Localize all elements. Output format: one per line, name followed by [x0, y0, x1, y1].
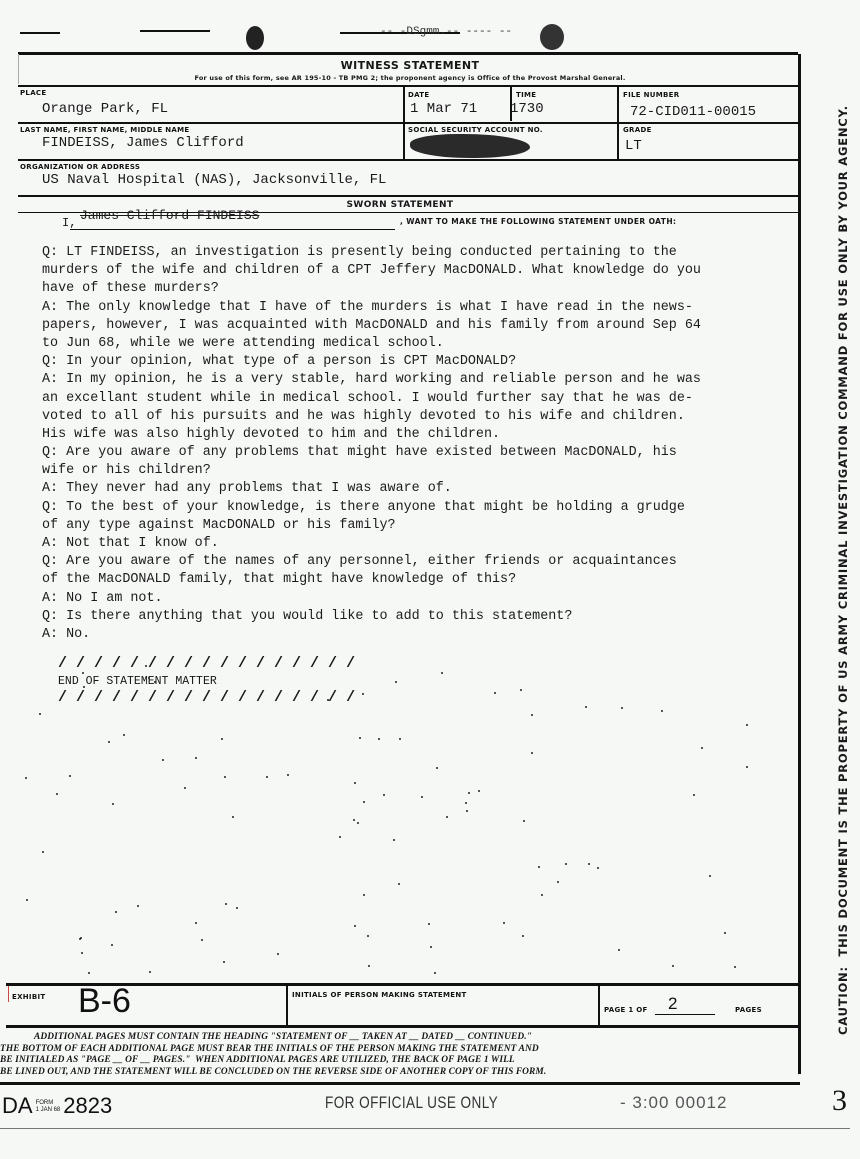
scan-speck — [368, 965, 370, 967]
ssn-redaction — [410, 134, 530, 158]
scan-speck — [565, 863, 567, 865]
statement-line: Q: To the best of your knowledge, is the… — [42, 499, 802, 517]
scan-speck — [112, 803, 114, 805]
scan-speck — [362, 693, 364, 695]
end-slashes-right: / / / / / / / / / / / / / / / / / — [58, 689, 355, 706]
scan-speck — [79, 938, 81, 940]
scan-speck — [221, 738, 223, 740]
statement-line: Q: In your opinion, what type of a perso… — [42, 353, 802, 371]
exhibit-value: B-6 — [78, 982, 131, 1021]
scan-speck — [367, 935, 369, 937]
row-rule — [18, 195, 800, 197]
bottom-box-bottom-rule — [6, 1025, 800, 1028]
scan-speck — [588, 863, 590, 865]
scan-speck — [734, 966, 736, 968]
stamp-mark-left — [246, 26, 264, 50]
page-prefix: PAGE 1 OF — [604, 1006, 648, 1014]
col-divider — [286, 985, 288, 1025]
scan-speck — [378, 738, 380, 740]
statement-line: papers, however, I was acquainted with M… — [42, 317, 802, 335]
ssn-label: SOCIAL SECURITY ACCOUNT NO. — [408, 126, 543, 134]
name-value: FINDEISS, James Clifford — [42, 135, 244, 151]
scan-speck — [162, 759, 164, 761]
statement-line: an excellant student while in medical sc… — [42, 390, 802, 408]
time-label: TIME — [516, 91, 536, 99]
scan-speck — [693, 794, 695, 796]
form-subtitle: For use of this form, see AR 195-10 - TB… — [100, 74, 720, 82]
scan-speck — [393, 839, 395, 841]
scan-speck — [82, 672, 84, 674]
scan-speck — [353, 819, 355, 821]
statement-line: voted to all of his pursuits and he was … — [42, 408, 802, 426]
scan-speck — [399, 738, 401, 740]
statement-line: Q: Is there anything that you would like… — [42, 608, 802, 626]
scan-speck — [327, 699, 329, 701]
scan-speck — [701, 747, 703, 749]
statement-line: of the MacDONALD family, that might have… — [42, 571, 802, 589]
scan-speck — [585, 706, 587, 708]
scan-speck — [538, 866, 540, 868]
scan-speck — [225, 903, 227, 905]
scan-speck — [277, 953, 279, 955]
handwritten-page-number: 3 — [832, 1084, 847, 1118]
place-label: PLACE — [20, 89, 46, 97]
scan-speck — [465, 802, 467, 804]
scan-speck — [111, 944, 113, 946]
statement-line: A: Not that I know of. — [42, 535, 802, 553]
statement-line: murders of the wife and children of a CP… — [42, 262, 802, 280]
scan-speck — [661, 710, 663, 712]
name-underline — [70, 229, 395, 230]
scan-speck — [520, 689, 522, 691]
date-label: DATE — [408, 91, 429, 99]
sworn-name-struck: James Clifford FINDEISS — [80, 208, 259, 223]
col-divider — [598, 985, 600, 1025]
scan-speck — [195, 922, 197, 924]
form-prefix: DA — [2, 1093, 33, 1118]
scan-speck — [746, 766, 748, 768]
bates-number: - 3:00 00012 — [620, 1093, 727, 1113]
scan-speck — [441, 672, 443, 674]
page-total-underline — [655, 1014, 715, 1015]
scan-speck — [383, 794, 385, 796]
header-rule — [18, 85, 800, 87]
file-number-label: FILE NUMBER — [623, 91, 679, 99]
scan-speck — [434, 972, 436, 974]
form-instructions: ADDITIONAL PAGES MUST CONTAIN THE HEADIN… — [0, 1032, 800, 1078]
scan-speck — [123, 734, 125, 736]
bottom-box-accent — [8, 986, 9, 1002]
instruction-line: ADDITIONAL PAGES MUST CONTAIN THE HEADIN… — [0, 1032, 800, 1044]
scan-speck — [25, 777, 27, 779]
scan-speck — [137, 905, 139, 907]
grade-label: GRADE — [623, 126, 652, 134]
statement-line: have of these murders? — [42, 280, 802, 298]
instruction-line: THE BOTTOM OF EACH ADDITIONAL PAGE MUST … — [0, 1044, 800, 1056]
form-id: DAFORM1 JAN 682823 — [2, 1093, 112, 1119]
scan-speck — [724, 932, 726, 934]
end-slashes-left: / / / / / / / / / / / / / / / / / — [58, 655, 355, 672]
scan-speck — [224, 776, 226, 778]
scan-speck — [466, 810, 468, 812]
form-small-text: FORM1 JAN 68 — [36, 1100, 61, 1114]
scan-speck — [354, 782, 356, 784]
side-caution-text: CAUTION: THIS DOCUMENT IS THE PROPERTY O… — [836, 105, 850, 1035]
scan-speck — [531, 714, 533, 716]
scan-speck — [621, 707, 623, 709]
scan-speck — [672, 965, 674, 967]
scan-speck — [468, 792, 470, 794]
form-small-bottom: 1 JAN 68 — [36, 1107, 61, 1113]
statement-line: to Jun 68, while we were attending medic… — [42, 335, 802, 353]
form-number: 2823 — [63, 1093, 112, 1118]
scan-speck — [746, 724, 748, 726]
scan-speck — [522, 935, 524, 937]
scan-speck — [69, 775, 71, 777]
scan-speck — [56, 793, 58, 795]
scan-speck — [266, 776, 268, 778]
scan-speck — [154, 681, 156, 683]
scan-speck — [428, 923, 430, 925]
grade-value: LT — [625, 138, 642, 154]
exhibit-label: EXHIBIT — [12, 993, 45, 1001]
scan-speck — [557, 881, 559, 883]
instruction-line: BE INITIALED AS "PAGE __ OF __ PAGES." W… — [0, 1055, 800, 1067]
scan-speck — [81, 952, 83, 954]
scan-speck — [359, 737, 361, 739]
scan-speck — [354, 925, 356, 927]
statement-line: of any type against MacDONALD or his fam… — [42, 517, 802, 535]
scan-speck — [618, 949, 620, 951]
place-value: Orange Park, FL — [42, 101, 168, 117]
scan-speck — [357, 822, 359, 824]
page-suffix: PAGES — [735, 1006, 762, 1014]
statement-line: A: In my opinion, he is a very stable, h… — [42, 371, 802, 389]
scan-speck — [478, 790, 480, 792]
scan-speck — [108, 741, 110, 743]
statement-line: Q: Are you aware of the names of any per… — [42, 553, 802, 571]
scan-bottom-rule — [0, 1128, 850, 1129]
statement-line: wife or his children? — [42, 462, 802, 480]
statement-line: A: The only knowledge that I have of the… — [42, 299, 802, 317]
statement-body: Q: LT FINDEISS, an investigation is pres… — [42, 244, 802, 644]
scan-speck — [430, 946, 432, 948]
official-use-stamp: FOR OFFICIAL USE ONLY — [325, 1093, 498, 1113]
time-value: 1730 — [510, 101, 544, 117]
instruction-line: BE LINED OUT, AND THE STATEMENT WILL BE … — [0, 1067, 800, 1079]
scan-speck — [149, 971, 151, 973]
form-left-border-top — [18, 54, 19, 84]
end-of-statement-marker: / / / / / / / / / / / / / / / / / END OF… — [40, 638, 355, 706]
row-rule — [18, 159, 800, 161]
statement-line: A: No I am not. — [42, 590, 802, 608]
initials-label: INITIALS OF PERSON MAKING STATEMENT — [292, 991, 467, 999]
scan-speck — [201, 939, 203, 941]
scan-speck — [541, 894, 543, 896]
scan-speck — [26, 899, 28, 901]
scan-speck — [39, 713, 41, 715]
scan-speck — [363, 894, 365, 896]
name-label: LAST NAME, FIRST NAME, MIDDLE NAME — [20, 126, 190, 134]
statement-line: Q: LT FINDEISS, an investigation is pres… — [42, 244, 802, 262]
stamp-mark-right — [540, 24, 564, 50]
scan-speck — [436, 767, 438, 769]
page-total: 2 — [668, 994, 677, 1014]
scan-speck — [446, 816, 448, 818]
scan-speck — [287, 774, 289, 776]
scan-speck — [421, 796, 423, 798]
form-small-top: FORM — [36, 1100, 54, 1106]
scan-speck — [709, 875, 711, 877]
row-rule — [18, 122, 800, 124]
scan-speck — [363, 801, 365, 803]
statement-line: His wife was also highly devoted to him … — [42, 426, 802, 444]
form-top-rule — [18, 52, 798, 55]
scan-speck — [115, 911, 117, 913]
scan-header-text: -- -DSgmm.-- ---- -- — [380, 26, 512, 38]
scan-speck — [148, 677, 150, 679]
scan-speck — [88, 972, 90, 974]
file-number-value: 72-CID011-00015 — [630, 104, 756, 120]
scan-speck — [339, 836, 341, 838]
scan-speck — [232, 816, 234, 818]
oath-text: , WANT TO MAKE THE FOLLOWING STATEMENT U… — [400, 217, 676, 226]
sworn-prefix: I, — [62, 216, 76, 230]
end-text: END OF STATEMENT MATTER — [58, 675, 217, 688]
scan-speck — [494, 692, 496, 694]
scan-speck — [42, 851, 44, 853]
scan-speck — [223, 961, 225, 963]
scan-speck — [395, 681, 397, 683]
organization-label: ORGANIZATION OR ADDRESS — [20, 163, 140, 171]
form-bottom-rule — [0, 1082, 800, 1085]
form-title: WITNESS STATEMENT — [290, 59, 530, 72]
scan-speck — [236, 907, 238, 909]
statement-line: A: They never had any problems that I wa… — [42, 480, 802, 498]
scan-speck — [195, 757, 197, 759]
statement-line: Q: Are you aware of any problems that mi… — [42, 444, 802, 462]
scan-speck — [523, 820, 525, 822]
scan-speck — [398, 883, 400, 885]
scan-speck — [503, 922, 505, 924]
organization-value: US Naval Hospital (NAS), Jacksonville, F… — [42, 172, 386, 188]
scan-speck — [184, 787, 186, 789]
date-value: 1 Mar 71 — [410, 101, 477, 117]
sworn-statement-heading: SWORN STATEMENT — [300, 200, 500, 210]
scan-speck — [597, 867, 599, 869]
scan-speck — [531, 752, 533, 754]
